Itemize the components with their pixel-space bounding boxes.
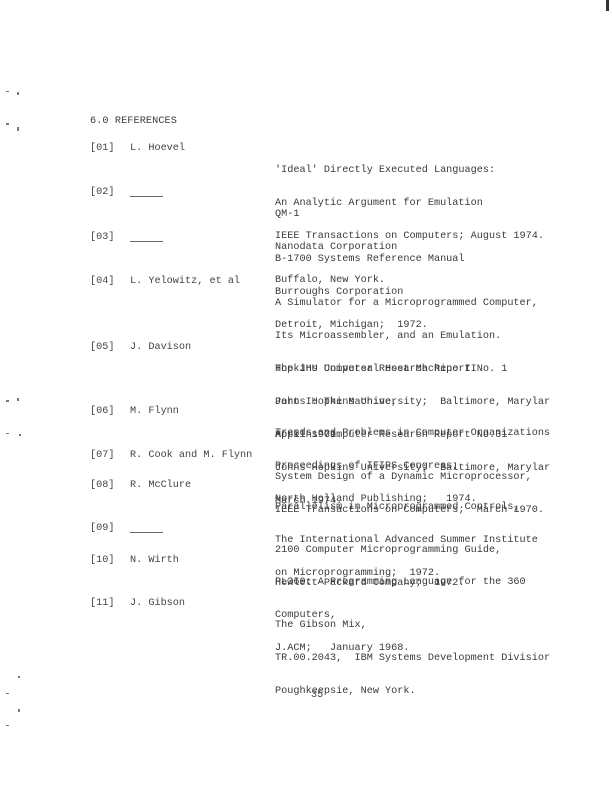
reference-number: [08] [90,480,114,491]
reference-line: Poughkeepsie, New York. [275,686,612,697]
page-number: 35 [311,690,323,701]
scan-speck [17,398,19,401]
author-blank-line [130,241,163,242]
scan-speck [17,127,19,131]
scan-mark-top-right [606,0,609,11]
scan-speck [18,709,20,712]
reference-line: QM-1 [275,209,612,220]
reference-body: The Gibson Mix, TR.00.2043, IBM Systems … [275,598,612,719]
reference-line: The JHU Universal Host Machine II [275,364,612,375]
scan-speck [19,434,21,436]
scan-speck [6,91,9,92]
reference-line: Its Microassembler, and an Emulation. [275,331,612,342]
reference-author: L. Hoevel [130,143,185,154]
scan-speck [18,676,20,678]
scan-speck [6,400,9,402]
reference-number: [06] [90,406,114,417]
scan-speck [6,123,9,125]
document-page: 6.0 REFERENCES [01] L. Hoevel 'Ideal' Di… [0,0,612,791]
scan-speck [17,92,19,95]
author-blank-line [130,196,163,197]
author-blank-line [130,532,163,533]
reference-line: Trends and Problems in Computer Organiza… [275,428,612,439]
reference-author: J. Davison [130,342,191,353]
reference-number: [09] [90,523,114,534]
reference-line: 'Ideal' Directly Executed Languages: [275,165,612,176]
reference-line: B-1700 Systems Reference Manual [275,254,612,265]
reference-entry: [04] L. Yelowitz, et al A Simulator for … [90,276,612,331]
reference-line: TR.00.2043, IBM Systems Development Divi… [275,653,612,664]
reference-author: R. Cook and M. Flynn [130,450,252,461]
reference-author: L. Yelowitz, et al [130,276,240,287]
reference-number: [05] [90,342,114,353]
reference-number: [11] [90,598,114,609]
reference-author: M. Flynn [130,406,179,417]
reference-number: [02] [90,187,114,198]
reference-number: [10] [90,555,114,566]
reference-author: N. Wirth [130,555,179,566]
scan-speck [6,725,9,726]
reference-number: [03] [90,232,114,243]
reference-line: PL360: A Programming Language for the 36… [275,577,612,588]
reference-line: The Gibson Mix, [275,620,612,631]
scan-speck [6,693,9,694]
reference-number: [07] [90,450,114,461]
reference-entry: [11] J. Gibson The Gibson Mix, TR.00.204… [90,598,612,653]
reference-author: J. Gibson [130,598,185,609]
reference-line: A Simulator for a Microprogrammed Comput… [275,298,612,309]
reference-number: [01] [90,143,114,154]
reference-line: Parallelism in Microprogrammed Controls, [275,502,612,513]
section-heading: 6.0 REFERENCES [90,116,177,127]
reference-author: R. McClure [130,480,191,491]
reference-number: [04] [90,276,114,287]
reference-entry: [05] J. Davison The JHU Universal Host M… [90,342,612,397]
scan-speck [6,433,9,434]
